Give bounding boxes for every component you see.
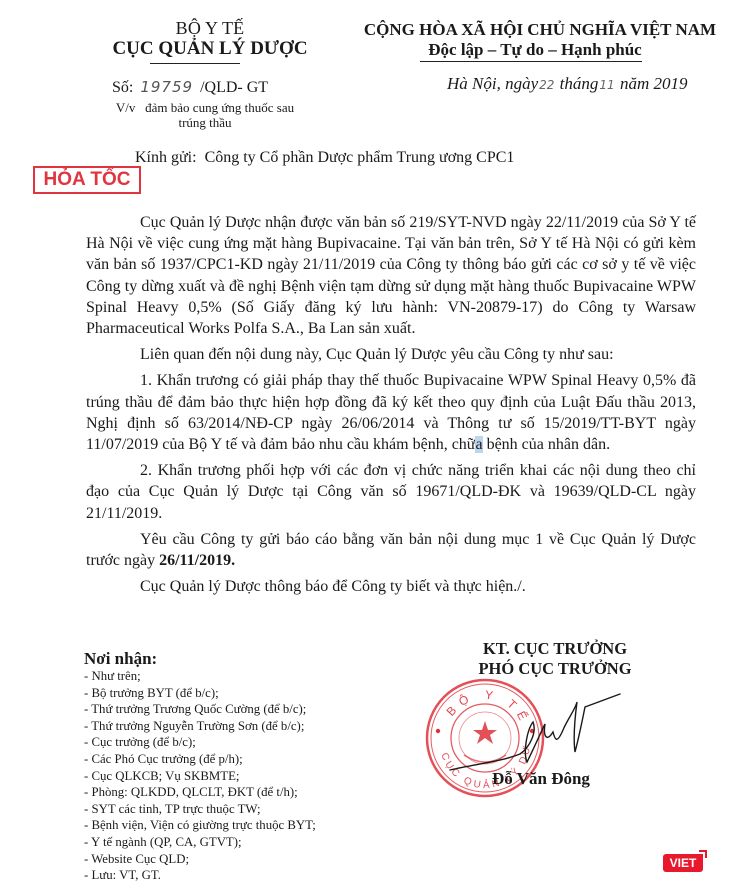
- ministry-name: BỘ Y TẾ: [110, 18, 310, 39]
- document-number: Số: 19759 /QLD- GT: [112, 78, 268, 97]
- doc-number-suffix: /QLD- GT: [200, 79, 268, 96]
- viet-corner-icon: [699, 850, 707, 858]
- item-1-tail: bệnh của nhân dân.: [483, 436, 611, 453]
- cc-item: - Bộ trưởng BYT (để b/c);: [84, 685, 316, 702]
- cc-item: - Cục trưởng (để b/c);: [84, 734, 316, 751]
- viet-watermark-logo: VIET: [663, 854, 703, 872]
- month-label: tháng: [560, 74, 599, 93]
- month-handwritten: 11: [598, 78, 615, 92]
- paragraph-closing: Cục Quản lý Dược thông báo để Công ty bi…: [86, 576, 696, 597]
- signer-name: Đỗ Văn Đông: [492, 769, 590, 789]
- place-prefix: Hà Nội, ngày: [447, 74, 538, 93]
- cc-item: - Y tế ngành (QP, CA, GTVT);: [84, 834, 316, 851]
- header-right-divider: [420, 61, 642, 62]
- doc-number-label: Số:: [112, 79, 133, 96]
- paragraph-item-2: 2. Khẩn trương phối hợp với các đơn vị c…: [86, 460, 696, 524]
- subject-line-1: V/v đảm bảo cung ứng thuốc sau: [95, 100, 315, 115]
- place-and-date: Hà Nội, ngày22 tháng11 năm 2019: [447, 74, 687, 94]
- signature-title-1: KT. CỤC TRƯỞNG: [455, 639, 655, 659]
- cc-item: - Thứ trưởng Nguyễn Trường Sơn (để b/c);: [84, 718, 316, 735]
- paragraph-request-intro: Liên quan đến nội dung này, Cục Quản lý …: [86, 344, 696, 365]
- deadline-date: 26/11/2019: [159, 552, 231, 569]
- cc-title: Nơi nhận:: [84, 649, 157, 669]
- cc-item: - Thứ trưởng Trương Quốc Cường (để b/c);: [84, 701, 316, 718]
- year-text: năm 2019: [620, 74, 688, 93]
- cc-item: - Website Cục QLD;: [84, 851, 316, 868]
- recipient-line: Kính gửi: Công ty Cổ phần Dược phẩm Trun…: [135, 149, 514, 167]
- paragraph-intro: Cục Quản lý Dược nhận được văn bản số 21…: [86, 212, 696, 339]
- header-left-divider: [150, 63, 240, 64]
- document-subject: V/v đảm bảo cung ứng thuốc sau trúng thầ…: [95, 100, 315, 130]
- paragraph-item-1: 1. Khẩn trương có giải pháp thay thế thu…: [86, 370, 696, 455]
- cc-item: - Các Phó Cục trưởng (để p/h);: [84, 751, 316, 768]
- cc-item: - Cục QLKCB; Vụ SKBMTE;: [84, 768, 316, 785]
- nation-title: CỘNG HÒA XÃ HỘI CHỦ NGHĨA VIỆT NAM: [340, 20, 740, 40]
- cc-list: - Như trên; - Bộ trưởng BYT (để b/c); - …: [84, 668, 316, 884]
- urgent-stamp: HỎA TỐC: [33, 166, 141, 194]
- department-name: CỤC QUẢN LÝ DƯỢC: [80, 38, 340, 60]
- cc-item: - SYT các tỉnh, TP trực thuộc TW;: [84, 801, 316, 818]
- highlighted-text: a: [475, 436, 482, 453]
- cc-item: - Phòng: QLKDD, QLCLT, ĐKT (để t/h);: [84, 784, 316, 801]
- cc-item: - Lưu: VT, GT.: [84, 867, 316, 884]
- day-handwritten: 22: [538, 78, 555, 92]
- cc-item: - Như trên;: [84, 668, 316, 685]
- subject-line-2: trúng thầu: [95, 115, 315, 130]
- letter-body: Cục Quản lý Dược nhận được văn bản số 21…: [86, 212, 696, 602]
- paragraph-deadline: Yêu cầu Công ty gửi báo cáo bằng văn bản…: [86, 529, 696, 571]
- doc-number-handwritten: 19759: [137, 78, 196, 96]
- cc-item: - Bệnh viện, Viện có giường trực thuộc B…: [84, 817, 316, 834]
- signature-title-2: PHÓ CỤC TRƯỞNG: [455, 659, 655, 679]
- national-motto: Độc lập – Tự do – Hạnh phúc: [400, 40, 670, 60]
- deadline-period: .: [231, 552, 235, 569]
